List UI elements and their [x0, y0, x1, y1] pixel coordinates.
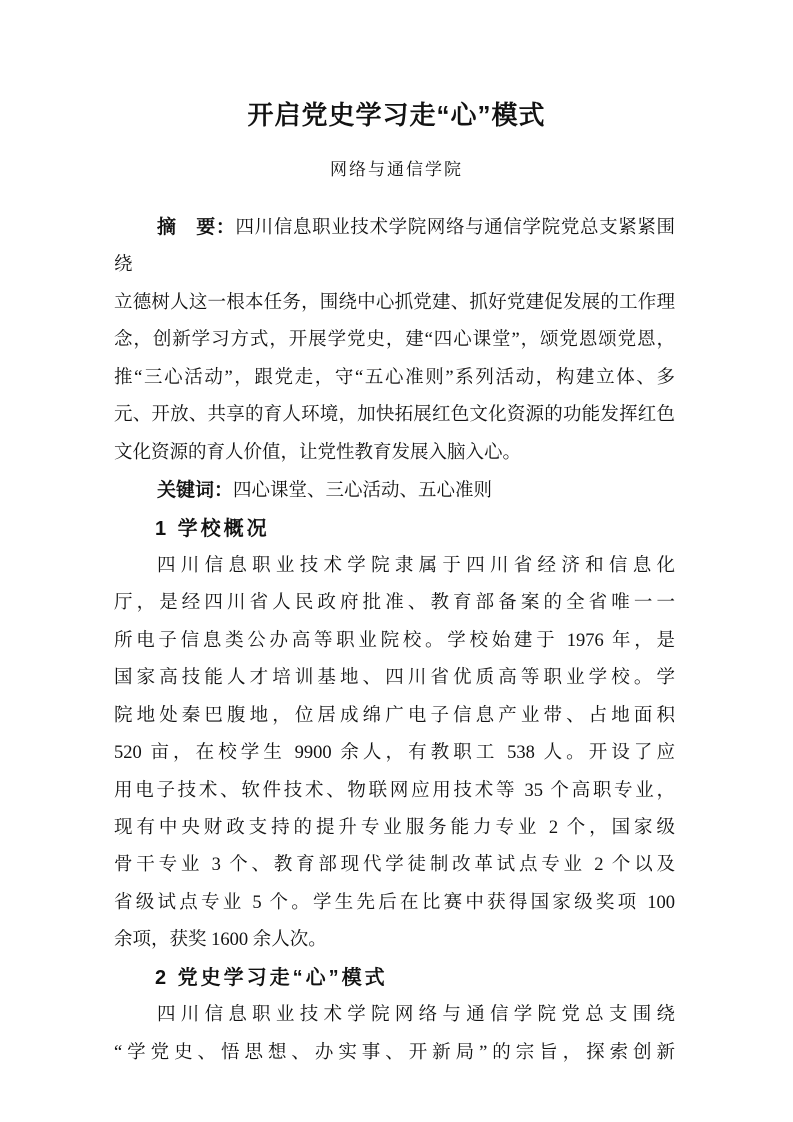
- section-1-paragraph: 四川信息职业技术学院隶属于四川省经济和信息化厅，是经四川省人民政府批准、教育部备…: [114, 548, 675, 960]
- text-line: 院地处秦巴腹地，位居成绵广电子信息产业带、占地面积: [114, 698, 675, 735]
- text-line: 推“三心活动”，跟党走，守“五心准则”系列活动，构建立体、多: [114, 360, 675, 397]
- page-title: 开启党史学习走“心”模式: [0, 96, 793, 134]
- text-line: 四川信息职业技术学院网络与通信学院党总支围绕: [114, 997, 675, 1034]
- text-line: 厅，是经四川省人民政府批准、教育部备案的全省唯一一: [114, 585, 675, 622]
- text-line: 现有中央财政支持的提升专业服务能力专业 2 个，国家级: [114, 810, 675, 847]
- text-line: 念，创新学习方式，开展学党史，建“四心课堂”，颂党恩颂党恩，: [114, 322, 675, 359]
- keywords-text: 四心课堂、三心活动、五心准则: [233, 481, 492, 501]
- section-2-paragraph: 四川信息职业技术学院网络与通信学院党总支围绕“学党史、悟思想、办实事、开新局”的…: [114, 997, 675, 1072]
- text-line: 国家高技能人才培训基地、四川省优质高等职业学校。学: [114, 660, 675, 697]
- text-line: 所电子信息类公办高等职业院校。学校始建于 1976 年，是: [114, 623, 675, 660]
- section-2-heading: 2 党史学习走“心”模式: [114, 960, 675, 997]
- document-body: 摘 要：四川信息职业技术学院网络与通信学院党总支紧紧围绕立德树人这一根本任务，围…: [114, 209, 675, 1072]
- text-line: 520 亩，在校学生 9900 余人，有教职工 538 人。开设了应: [114, 735, 675, 772]
- text-line: 立德树人这一根本任务，围绕中心抓党建、抓好党建促发展的工作理: [114, 285, 675, 322]
- keywords-label: 关键词：: [157, 480, 233, 501]
- document-page: 开启党史学习走“心”模式 网络与通信学院 摘 要：四川信息职业技术学院网络与通信…: [0, 0, 793, 1122]
- text-line: 摘 要：四川信息职业技术学院网络与通信学院党总支紧紧围绕: [114, 209, 675, 285]
- text-line: 文化资源的育人价值，让党性教育发展入脑入心。: [114, 435, 675, 472]
- text-line: 用电子技术、软件技术、物联网应用技术等 35 个高职专业，: [114, 773, 675, 810]
- text-line: 余项，获奖 1600 余人次。: [114, 922, 675, 959]
- text-line: 省级试点专业 5 个。学生先后在比赛中获得国家级奖项 100: [114, 885, 675, 922]
- text-line: “学党史、悟思想、办实事、开新局”的宗旨，探索创新: [114, 1035, 675, 1072]
- section-1-heading: 1 学校概况: [114, 511, 675, 548]
- abstract-paragraph: 摘 要：四川信息职业技术学院网络与通信学院党总支紧紧围绕立德树人这一根本任务，围…: [114, 209, 675, 472]
- document-author: 网络与通信学院: [0, 157, 793, 183]
- paragraph-label: 摘 要：: [157, 217, 236, 238]
- text-line: 元、开放、共享的育人环境，加快拓展红色文化资源的功能发挥红色: [114, 397, 675, 434]
- keywords-line: 关键词：四心课堂、三心活动、五心准则: [114, 472, 675, 510]
- text-line: 骨干专业 3 个、教育部现代学徒制改革试点专业 2 个以及: [114, 847, 675, 884]
- text-line: 四川信息职业技术学院隶属于四川省经济和信息化: [114, 548, 675, 585]
